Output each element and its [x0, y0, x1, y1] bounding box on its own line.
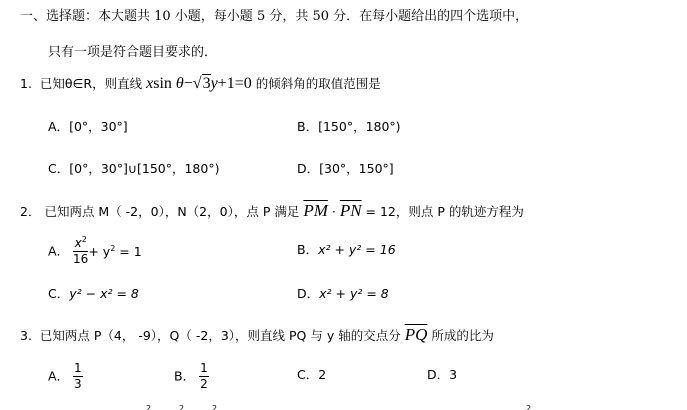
q3-option-d[interactable]: D．3: [427, 367, 457, 383]
section-heading-cont: 只有一项是符合题目要求的．: [48, 45, 217, 61]
section-heading: 一、选择题：本大题共 10 小题，每小题 5 分，共 50 分．在每小题给出的四…: [20, 9, 528, 25]
section-heading-line1: 一、选择题：本大题共 10 小题，每小题 5 分，共 50 分．在每小题给出的四…: [20, 9, 528, 24]
fraction: 1 3: [73, 361, 83, 392]
equation: xsin θ−√3y+1=0: [146, 74, 256, 92]
q1-option-c[interactable]: C．[0°，30°]∪[150°，180°): [48, 161, 219, 177]
vector-pm: PM: [303, 201, 328, 220]
q3-option-c[interactable]: C．2: [297, 367, 326, 383]
question-number: 1.: [20, 76, 32, 91]
vector-pq: PQ: [405, 325, 428, 344]
q1-option-b[interactable]: B．[150°，180°): [297, 119, 401, 135]
q2-option-b[interactable]: B．x² + y² = 16: [297, 242, 396, 258]
question-2-stem: 2． 已知两点 M（ -2，0），N（2，0），点 P 满足 PM · PN =…: [20, 203, 524, 220]
q3-option-b[interactable]: B． 1 2: [174, 361, 209, 392]
q2-option-c[interactable]: C．y² − x² = 8: [48, 286, 139, 302]
question-3-stem: 3. 已知两点 P（4， -9），Q（ -2，3），则直线 PQ 与 y 轴的交…: [20, 327, 494, 344]
question-number: 2．: [20, 204, 40, 219]
vector-pn: PN: [340, 201, 362, 220]
fraction: x2 16: [73, 236, 88, 267]
q1-option-d[interactable]: D．[30°，150°]: [297, 161, 394, 177]
cutoff-superscript: 2: [179, 404, 184, 410]
q1-option-a[interactable]: A．[0°，30°]: [48, 119, 128, 135]
q2-option-d[interactable]: D．x² + y² = 8: [297, 286, 389, 302]
q2-option-a[interactable]: A． x2 16 + y2 = 1: [48, 236, 142, 267]
q3-option-a[interactable]: A． 1 3: [48, 361, 83, 392]
question-1-stem: 1. 已知θ∈R，则直线 xsin θ−√3y+1=0 的倾斜角的取值范围是: [20, 76, 381, 92]
fraction: 1 2: [199, 361, 209, 392]
cutoff-superscript: 2: [146, 404, 151, 410]
question-number: 3.: [20, 328, 32, 343]
cutoff-superscript: 2: [526, 404, 531, 410]
cutoff-superscript: 2: [212, 404, 217, 410]
